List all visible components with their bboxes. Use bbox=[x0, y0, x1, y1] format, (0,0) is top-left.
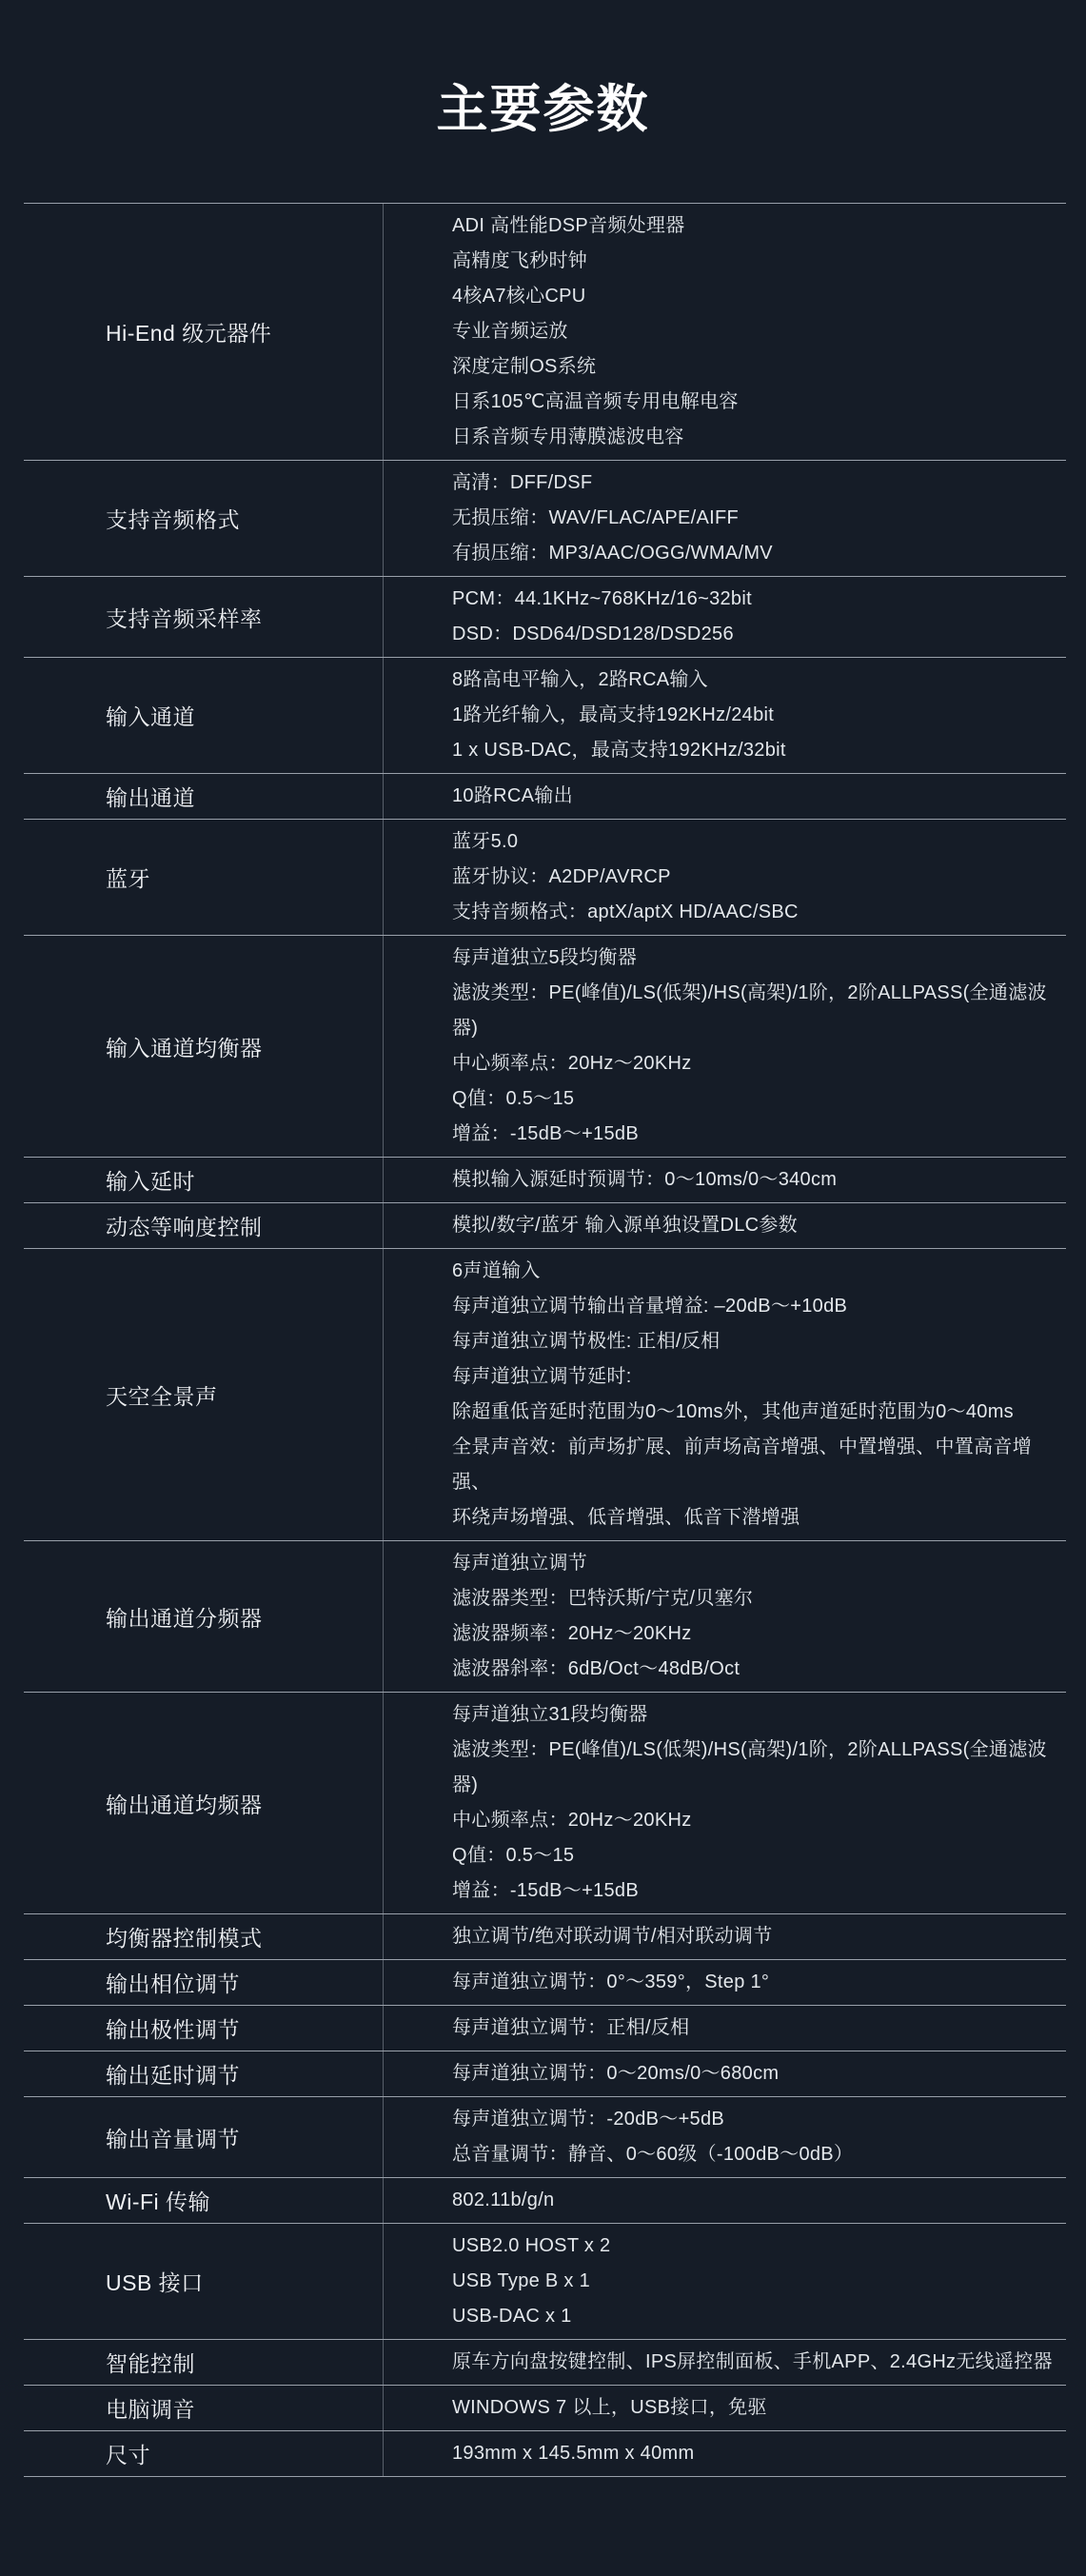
table-row: 均衡器控制模式独立调节/绝对联动调节/相对联动调节 bbox=[24, 1913, 1066, 1959]
table-row: Hi-End 级元器件ADI 高性能DSP音频处理器高精度飞秒时钟4核A7核心C… bbox=[24, 203, 1066, 460]
spec-value: 8路高电平输入，2路RCA输入1路光纤输入，最高支持192KHz/24bit1 … bbox=[384, 658, 1066, 773]
spec-value-line: 增益：-15dB～+15dB bbox=[452, 1117, 1055, 1152]
page-title: 主要参数 bbox=[0, 69, 1086, 142]
table-row: 输出通道10路RCA输出 bbox=[24, 773, 1066, 819]
spec-value-line: 高精度飞秒时钟 bbox=[452, 244, 1055, 279]
spec-value: 每声道独立31段均衡器滤波类型：PE(峰值)/LS(低架)/HS(高架)/1阶，… bbox=[384, 1693, 1066, 1913]
spec-value-line: 每声道独立调节输出音量增益: –20dB～+10dB bbox=[452, 1289, 1055, 1324]
spec-value: USB2.0 HOST x 2USB Type B x 1USB-DAC x 1 bbox=[384, 2224, 1066, 2339]
spec-value: 802.11b/g/n bbox=[384, 2178, 1066, 2223]
spec-value: 独立调节/绝对联动调节/相对联动调节 bbox=[384, 1914, 1066, 1959]
spec-value: 10路RCA输出 bbox=[384, 774, 1066, 819]
spec-value: 高清：DFF/DSF无损压缩：WAV/FLAC/APE/AIFF有损压缩：MP3… bbox=[384, 461, 1066, 576]
spec-value-line: 每声道独立31段均衡器 bbox=[452, 1697, 1055, 1733]
spec-value-line: 每声道独立调节极性: 正相/反相 bbox=[452, 1324, 1055, 1359]
spec-value-line: 总音量调节：静音、0～60级（-100dB～0dB） bbox=[452, 2137, 1055, 2172]
spec-value: 原车方向盘按键控制、IPS屏控制面板、手机APP、2.4GHz无线遥控器 bbox=[384, 2340, 1066, 2385]
spec-label: 尺寸 bbox=[24, 2431, 384, 2476]
table-row: 输入通道均衡器每声道独立5段均衡器滤波类型：PE(峰值)/LS(低架)/HS(高… bbox=[24, 935, 1066, 1157]
spec-value-line: USB-DAC x 1 bbox=[452, 2299, 1055, 2334]
table-row: 尺寸193mm x 145.5mm x 40mm bbox=[24, 2430, 1066, 2476]
spec-value-line: 日系105℃高温音频专用电解电容 bbox=[452, 385, 1055, 420]
table-row: 支持音频采样率PCM：44.1KHz~768KHz/16~32bitDSD：DS… bbox=[24, 576, 1066, 657]
spec-value-line: 日系音频专用薄膜滤波电容 bbox=[452, 420, 1055, 455]
spec-value-line: 每声道独立调节：0°～359°，Step 1° bbox=[452, 1965, 1055, 2000]
spec-value-line: 每声道独立调节 bbox=[452, 1546, 1055, 1581]
spec-value-line: 专业音频运放 bbox=[452, 314, 1055, 349]
spec-value-line: 193mm x 145.5mm x 40mm bbox=[452, 2436, 1055, 2471]
spec-value-line: 每声道独立5段均衡器 bbox=[452, 941, 1055, 976]
table-row: 输出极性调节每声道独立调节：正相/反相 bbox=[24, 2005, 1066, 2051]
spec-value-line: 8路高电平输入，2路RCA输入 bbox=[452, 663, 1055, 698]
spec-value-line: 有损压缩：MP3/AAC/OGG/WMA/MV bbox=[452, 536, 1055, 571]
spec-value: 模拟/数字/蓝牙 输入源单独设置DLC参数 bbox=[384, 1203, 1066, 1248]
spec-value-line: 环绕声场增强、低音增强、低音下潜增强 bbox=[452, 1500, 1055, 1536]
spec-value-line: 滤波器斜率：6dB/Oct～48dB/Oct bbox=[452, 1652, 1055, 1687]
table-row: 蓝牙蓝牙5.0蓝牙协议：A2DP/AVRCP支持音频格式：aptX/aptX H… bbox=[24, 819, 1066, 935]
spec-value-line: 每声道独立调节：-20dB～+5dB bbox=[452, 2102, 1055, 2137]
spec-label: Wi-Fi 传输 bbox=[24, 2178, 384, 2223]
spec-value-line: 蓝牙协议：A2DP/AVRCP bbox=[452, 860, 1055, 895]
spec-value-line: 模拟输入源延时预调节：0～10ms/0～340cm bbox=[452, 1162, 1055, 1198]
table-row: 输出通道均频器每声道独立31段均衡器滤波类型：PE(峰值)/LS(低架)/HS(… bbox=[24, 1692, 1066, 1913]
spec-value-line: 除超重低音延时范围为0～10ms外，其他声道延时范围为0～40ms bbox=[452, 1395, 1055, 1430]
spec-value-line: 深度定制OS系统 bbox=[452, 349, 1055, 385]
spec-value-line: Q值：0.5～15 bbox=[452, 1081, 1055, 1117]
table-row: 支持音频格式高清：DFF/DSF无损压缩：WAV/FLAC/APE/AIFF有损… bbox=[24, 460, 1066, 576]
spec-value-line: 无损压缩：WAV/FLAC/APE/AIFF bbox=[452, 501, 1055, 536]
spec-label: 输出延时调节 bbox=[24, 2051, 384, 2096]
spec-label: 动态等响度控制 bbox=[24, 1203, 384, 1248]
spec-value-line: 滤波器类型：巴特沃斯/宁克/贝塞尔 bbox=[452, 1581, 1055, 1616]
spec-label: 输出相位调节 bbox=[24, 1960, 384, 2005]
spec-value-line: 全景声音效：前声场扩展、前声场高音增强、中置增强、中置高音增强、 bbox=[452, 1430, 1055, 1500]
spec-value-line: 1 x USB-DAC，最高支持192KHz/32bit bbox=[452, 733, 1055, 768]
table-row: 动态等响度控制模拟/数字/蓝牙 输入源单独设置DLC参数 bbox=[24, 1202, 1066, 1248]
table-row: 天空全景声6声道输入每声道独立调节输出音量增益: –20dB～+10dB每声道独… bbox=[24, 1248, 1066, 1540]
spec-label: 蓝牙 bbox=[24, 820, 384, 935]
spec-value-line: 滤波类型：PE(峰值)/LS(低架)/HS(高架)/1阶，2阶ALLPASS(全… bbox=[452, 976, 1055, 1046]
spec-label: 支持音频格式 bbox=[24, 461, 384, 576]
spec-value-line: 每声道独立调节延时: bbox=[452, 1359, 1055, 1395]
spec-value-line: 每声道独立调节：0～20ms/0～680cm bbox=[452, 2056, 1055, 2091]
spec-value-line: 独立调节/绝对联动调节/相对联动调节 bbox=[452, 1919, 1055, 1954]
table-row: Wi-Fi 传输802.11b/g/n bbox=[24, 2177, 1066, 2223]
spec-label: USB 接口 bbox=[24, 2224, 384, 2339]
spec-value-line: ADI 高性能DSP音频处理器 bbox=[452, 208, 1055, 244]
spec-label: 输入延时 bbox=[24, 1158, 384, 1202]
table-row: 电脑调音WINDOWS 7 以上，USB接口，免驱 bbox=[24, 2385, 1066, 2430]
table-row: 智能控制原车方向盘按键控制、IPS屏控制面板、手机APP、2.4GHz无线遥控器 bbox=[24, 2339, 1066, 2385]
table-row: 输出延时调节每声道独立调节：0～20ms/0～680cm bbox=[24, 2051, 1066, 2096]
spec-label: Hi-End 级元器件 bbox=[24, 204, 384, 460]
spec-label: 输出通道均频器 bbox=[24, 1693, 384, 1913]
spec-value-line: 4核A7核心CPU bbox=[452, 279, 1055, 314]
table-row: USB 接口USB2.0 HOST x 2USB Type B x 1USB-D… bbox=[24, 2223, 1066, 2339]
spec-value-line: 6声道输入 bbox=[452, 1254, 1055, 1289]
table-row: 输入通道8路高电平输入，2路RCA输入1路光纤输入，最高支持192KHz/24b… bbox=[24, 657, 1066, 773]
spec-value: 蓝牙5.0蓝牙协议：A2DP/AVRCP支持音频格式：aptX/aptX HD/… bbox=[384, 820, 1066, 935]
spec-value-line: WINDOWS 7 以上，USB接口，免驱 bbox=[452, 2390, 1055, 2426]
spec-value: ADI 高性能DSP音频处理器高精度飞秒时钟4核A7核心CPU专业音频运放深度定… bbox=[384, 204, 1066, 460]
table-row: 输出音量调节每声道独立调节：-20dB～+5dB总音量调节：静音、0～60级（-… bbox=[24, 2096, 1066, 2177]
spec-value-line: 1路光纤输入，最高支持192KHz/24bit bbox=[452, 698, 1055, 733]
spec-value-line: 增益：-15dB～+15dB bbox=[452, 1873, 1055, 1909]
spec-label: 均衡器控制模式 bbox=[24, 1914, 384, 1959]
spec-label: 输入通道均衡器 bbox=[24, 936, 384, 1157]
spec-value-line: 原车方向盘按键控制、IPS屏控制面板、手机APP、2.4GHz无线遥控器 bbox=[452, 2345, 1055, 2380]
spec-label: 支持音频采样率 bbox=[24, 577, 384, 657]
spec-value-line: PCM：44.1KHz~768KHz/16~32bit bbox=[452, 582, 1055, 617]
spec-value: 模拟输入源延时预调节：0～10ms/0～340cm bbox=[384, 1158, 1066, 1202]
spec-value-line: 每声道独立调节：正相/反相 bbox=[452, 2011, 1055, 2046]
spec-value-line: 滤波类型：PE(峰值)/LS(低架)/HS(高架)/1阶，2阶ALLPASS(全… bbox=[452, 1733, 1055, 1803]
spec-value: PCM：44.1KHz~768KHz/16~32bitDSD：DSD64/DSD… bbox=[384, 577, 1066, 657]
spec-value-line: USB Type B x 1 bbox=[452, 2264, 1055, 2299]
spec-value-line: 滤波器频率：20Hz～20KHz bbox=[452, 1616, 1055, 1652]
spec-value-line: 802.11b/g/n bbox=[452, 2183, 1055, 2218]
spec-value-line: 中心频率点：20Hz～20KHz bbox=[452, 1046, 1055, 1081]
spec-value: 6声道输入每声道独立调节输出音量增益: –20dB～+10dB每声道独立调节极性… bbox=[384, 1249, 1066, 1540]
table-row: 输入延时模拟输入源延时预调节：0～10ms/0～340cm bbox=[24, 1157, 1066, 1202]
spec-label: 输出通道分频器 bbox=[24, 1541, 384, 1692]
spec-value: 每声道独立调节：-20dB～+5dB总音量调节：静音、0～60级（-100dB～… bbox=[384, 2097, 1066, 2177]
spec-value: WINDOWS 7 以上，USB接口，免驱 bbox=[384, 2386, 1066, 2430]
spec-value: 193mm x 145.5mm x 40mm bbox=[384, 2431, 1066, 2476]
spec-value: 每声道独立调节滤波器类型：巴特沃斯/宁克/贝塞尔滤波器频率：20Hz～20KHz… bbox=[384, 1541, 1066, 1692]
spec-value: 每声道独立5段均衡器滤波类型：PE(峰值)/LS(低架)/HS(高架)/1阶，2… bbox=[384, 936, 1066, 1157]
spec-value-line: 高清：DFF/DSF bbox=[452, 466, 1055, 501]
spec-value: 每声道独立调节：正相/反相 bbox=[384, 2006, 1066, 2051]
spec-label: 电脑调音 bbox=[24, 2386, 384, 2430]
spec-label: 输出极性调节 bbox=[24, 2006, 384, 2051]
spec-label: 天空全景声 bbox=[24, 1249, 384, 1540]
spec-label: 输入通道 bbox=[24, 658, 384, 773]
spec-label: 智能控制 bbox=[24, 2340, 384, 2385]
spec-value: 每声道独立调节：0°～359°，Step 1° bbox=[384, 1960, 1066, 2005]
spec-label: 输出音量调节 bbox=[24, 2097, 384, 2177]
spec-table: Hi-End 级元器件ADI 高性能DSP音频处理器高精度飞秒时钟4核A7核心C… bbox=[24, 203, 1066, 2477]
table-row: 输出通道分频器每声道独立调节滤波器类型：巴特沃斯/宁克/贝塞尔滤波器频率：20H… bbox=[24, 1540, 1066, 1692]
spec-value-line: 模拟/数字/蓝牙 输入源单独设置DLC参数 bbox=[452, 1208, 1055, 1243]
spec-value-line: 中心频率点：20Hz～20KHz bbox=[452, 1803, 1055, 1838]
spec-value-line: USB2.0 HOST x 2 bbox=[452, 2229, 1055, 2264]
table-row: 输出相位调节每声道独立调节：0°～359°，Step 1° bbox=[24, 1959, 1066, 2005]
spec-value-line: Q值：0.5～15 bbox=[452, 1838, 1055, 1873]
spec-label: 输出通道 bbox=[24, 774, 384, 819]
spec-value-line: DSD：DSD64/DSD128/DSD256 bbox=[452, 617, 1055, 652]
spec-value: 每声道独立调节：0～20ms/0～680cm bbox=[384, 2051, 1066, 2096]
spec-value-line: 支持音频格式：aptX/aptX HD/AAC/SBC bbox=[452, 895, 1055, 930]
spec-value-line: 10路RCA输出 bbox=[452, 779, 1055, 814]
spec-value-line: 蓝牙5.0 bbox=[452, 824, 1055, 860]
